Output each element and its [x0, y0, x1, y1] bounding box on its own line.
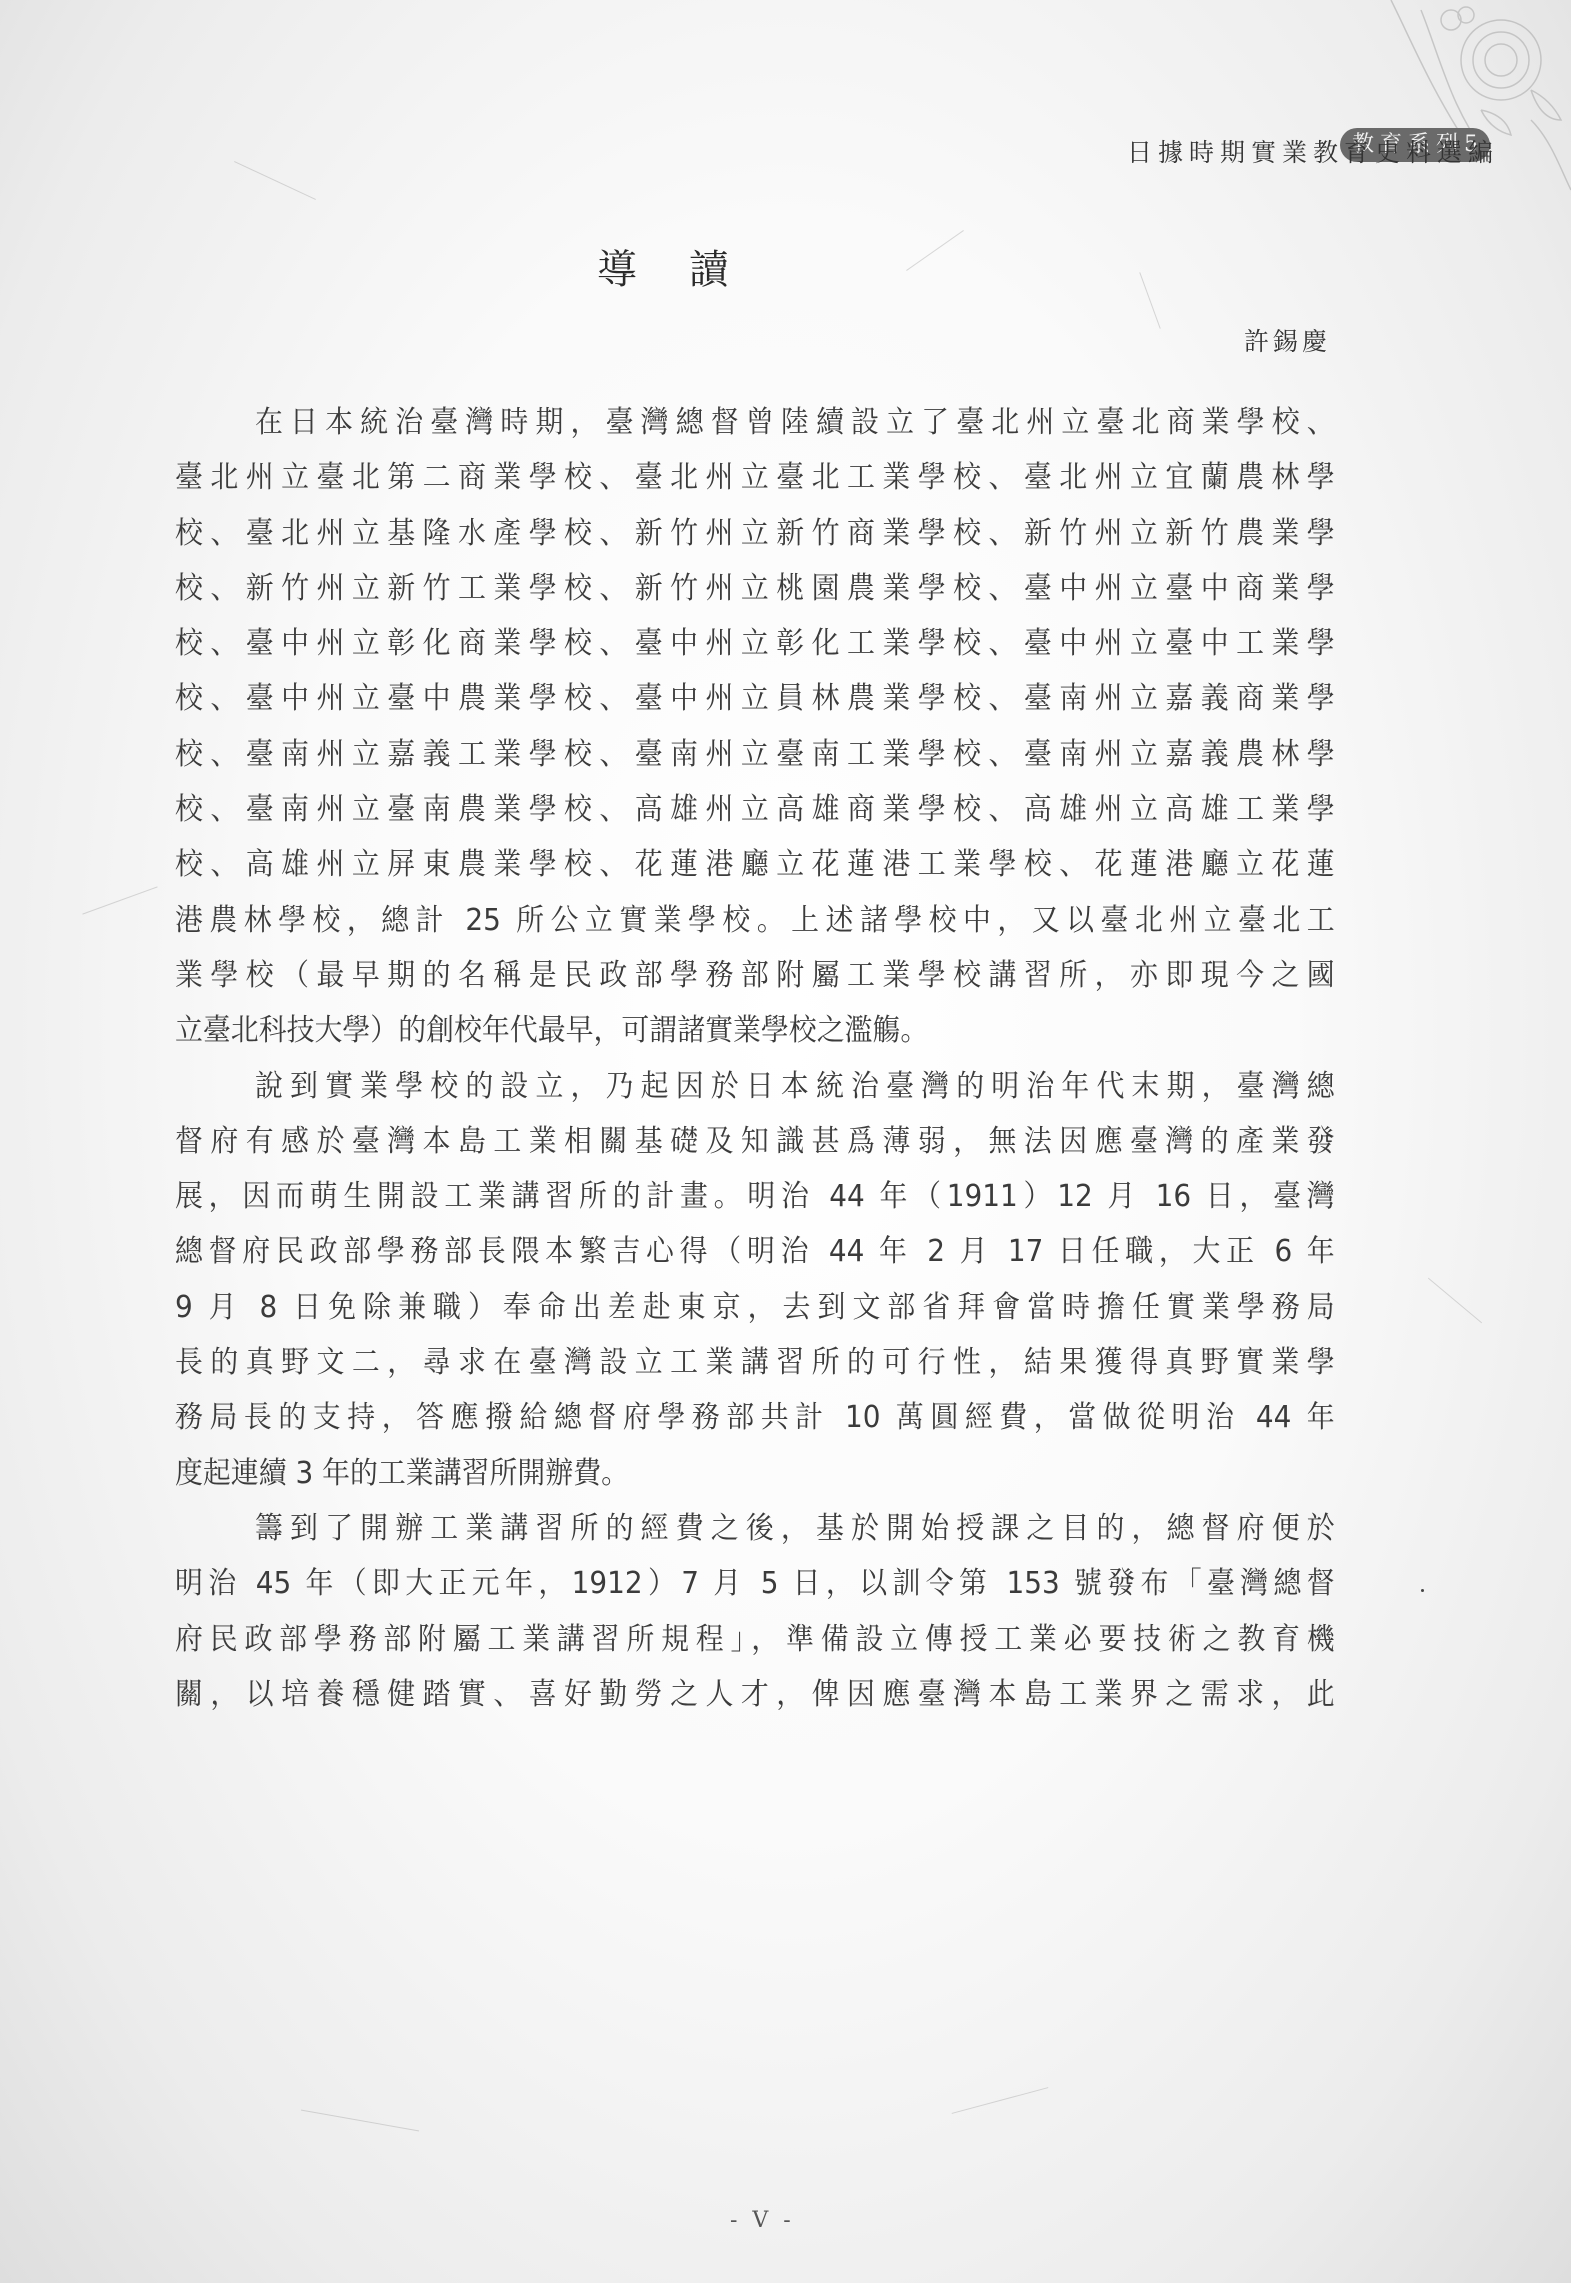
- author-name: 許錫慶: [1244, 322, 1331, 358]
- text-line: 在日本統治臺灣時期，臺灣總督曾陸續設立了臺北州立臺北商業學校、: [175, 395, 1335, 450]
- text-line: 度起連續 3 年的工業講習所開辦費。: [175, 1446, 1335, 1501]
- floral-ornament-icon: [1331, 0, 1571, 200]
- paragraph: 籌到了開辦工業講習所的經費之後，基於開始授課之目的，總督府便於 明治 45 年（…: [175, 1501, 1335, 1722]
- text-line: 校、臺中州立彰化商業學校、臺中州立彰化工業學校、臺中州立臺中工業學: [175, 616, 1335, 671]
- text-line: 關，以培養穩健踏實、喜好勤勞之人才，俾因應臺灣本島工業界之需求，此: [175, 1667, 1335, 1722]
- paragraph: 說到實業學校的設立，乃起因於日本統治臺灣的明治年代末期，臺灣總 督府有感於臺灣本…: [175, 1059, 1335, 1501]
- text-line: 展，因而萌生開設工業講習所的計畫。明治 44 年（1911）12 月 16 日，…: [175, 1169, 1335, 1224]
- text-line: 長的真野文二，尋求在臺灣設立工業講習所的可行性，結果獲得真野實業學: [175, 1335, 1335, 1390]
- stray-mark: [1421, 1589, 1424, 1592]
- section-title: 導讀: [597, 238, 781, 295]
- book-title: 日據時期實業教育史料選編: [1127, 133, 1499, 169]
- text-line: 明治 45 年（即大正元年，1912）7 月 5 日，以訓令第 153 號發布「…: [175, 1556, 1335, 1611]
- text-line: 校、臺中州立臺中農業學校、臺中州立員林農業學校、臺南州立嘉義商業學: [175, 671, 1335, 726]
- text-line: 校、臺南州立臺南農業學校、高雄州立高雄商業學校、高雄州立高雄工業學: [175, 782, 1335, 837]
- text-line: 府民政部學務部附屬工業講習所規程」，準備設立傳授工業必要技術之教育機: [175, 1612, 1335, 1667]
- text-line: 臺北州立臺北第二商業學校、臺北州立臺北工業學校、臺北州立宜蘭農林學: [175, 450, 1335, 505]
- text-line: 校、臺北州立基隆水產學校、新竹州立新竹商業學校、新竹州立新竹農業學: [175, 506, 1335, 561]
- text-line: 校、新竹州立新竹工業學校、新竹州立桃園農業學校、臺中州立臺中商業學: [175, 561, 1335, 616]
- text-line: 立臺北科技大學）的創校年代最早，可謂諸實業學校之濫觴。: [175, 1003, 1335, 1058]
- text-line: 督府有感於臺灣本島工業相關基礎及知識甚爲薄弱，無法因應臺灣的產業發: [175, 1114, 1335, 1169]
- text-line: 校、高雄州立屏東農業學校、花蓮港廳立花蓮港工業學校、花蓮港廳立花蓮: [175, 837, 1335, 892]
- text-line: 港農林學校，總計 25 所公立實業學校。上述諸學校中，又以臺北州立臺北工: [175, 893, 1335, 948]
- text-line: 業學校（最早期的名稱是民政部學務部附屬工業學校講習所，亦即現今之國: [175, 948, 1335, 1003]
- text-line: 9 月 8 日免除兼職）奉命出差赴東京，去到文部省拜會當時擔任實業學務局: [175, 1280, 1335, 1335]
- text-line: 說到實業學校的設立，乃起因於日本統治臺灣的明治年代末期，臺灣總: [175, 1059, 1335, 1114]
- body-text: 在日本統治臺灣時期，臺灣總督曾陸續設立了臺北州立臺北商業學校、 臺北州立臺北第二…: [175, 395, 1335, 1722]
- text-line: 籌到了開辦工業講習所的經費之後，基於開始授課之目的，總督府便於: [175, 1501, 1335, 1556]
- text-line: 務局長的支持，答應撥給總督府學務部共計 10 萬圓經費，當做從明治 44 年: [175, 1390, 1335, 1445]
- paragraph: 在日本統治臺灣時期，臺灣總督曾陸續設立了臺北州立臺北商業學校、 臺北州立臺北第二…: [175, 395, 1335, 1059]
- page-number: - V -: [730, 2208, 795, 2233]
- text-line: 總督府民政部學務部長隈本繁吉心得（明治 44 年 2 月 17 日任職，大正 6…: [175, 1224, 1335, 1279]
- text-line: 校、臺南州立嘉義工業學校、臺南州立臺南工業學校、臺南州立嘉義農林學: [175, 727, 1335, 782]
